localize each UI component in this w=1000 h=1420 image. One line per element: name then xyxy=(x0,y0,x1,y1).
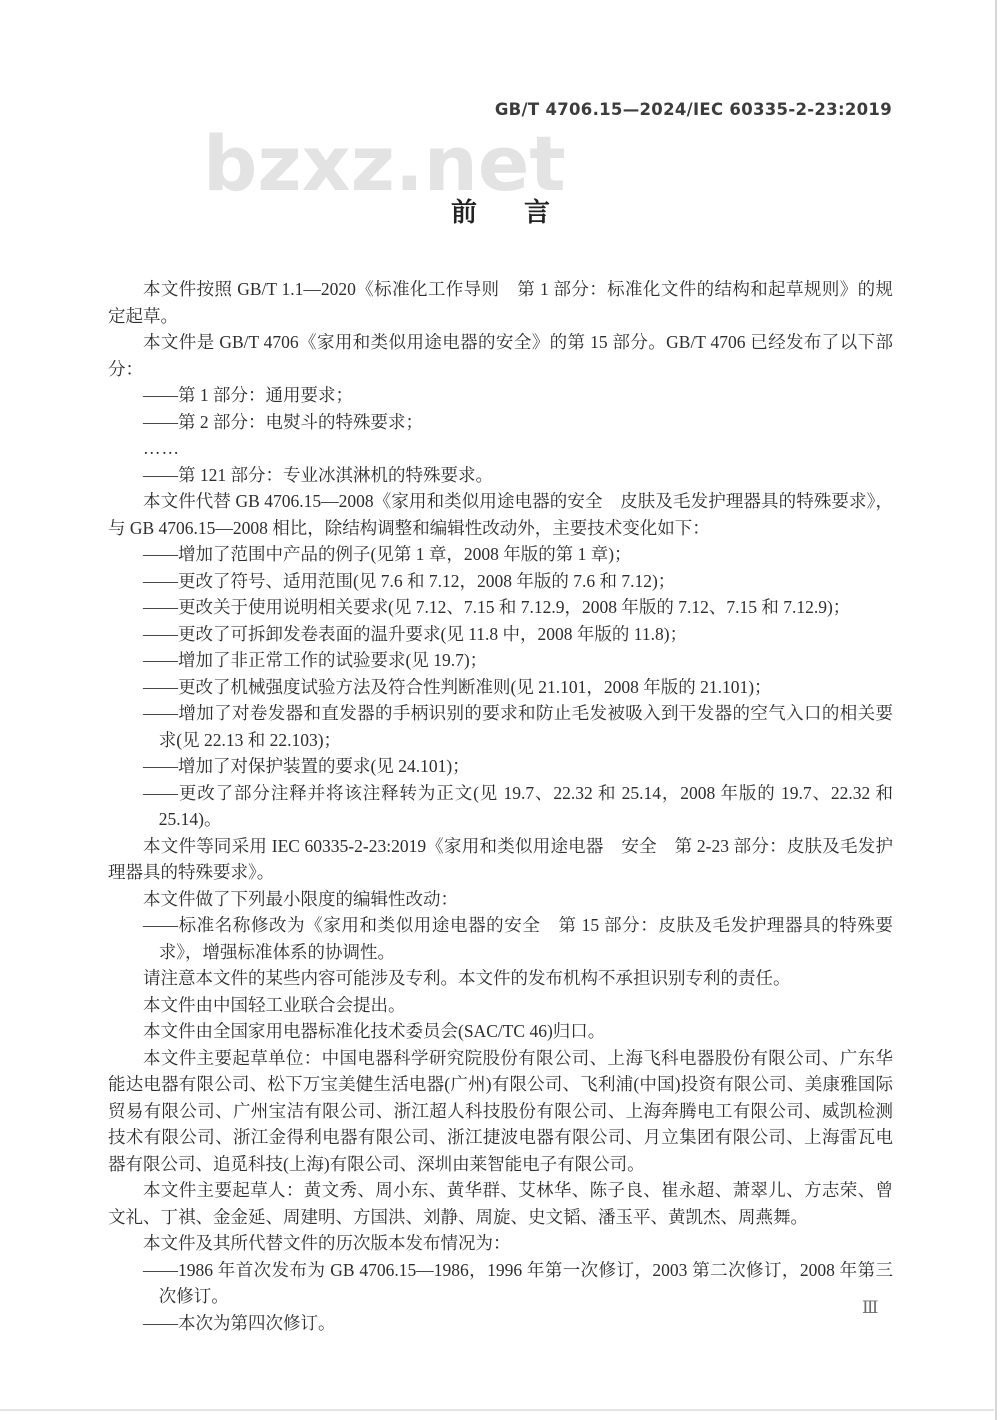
foreword-list-item: ——增加了对保护装置的要求(见 24.101)； xyxy=(108,753,893,780)
scan-page-right-edge xyxy=(995,0,997,1420)
foreword-paragraph: 本文件是 GB/T 4706《家用和类似用途电器的安全》的第 15 部分。GB/… xyxy=(108,329,893,382)
foreword-paragraph: 请注意本文件的某些内容可能涉及专利。本文件的发布机构不承担识别专利的责任。 xyxy=(108,965,893,992)
foreword-list-item: ——本次为第四次修订。 xyxy=(108,1310,893,1337)
foreword-list-item: ——第 121 部分：专业冰淇淋机的特殊要求。 xyxy=(108,462,893,489)
foreword-list-item: ——更改了可拆卸发卷表面的温升要求(见 11.8 中，2008 年版的 11.8… xyxy=(108,621,893,648)
foreword-body: 本文件按照 GB/T 1.1—2020《标准化工作导则 第 1 部分：标准化文件… xyxy=(108,276,893,1336)
foreword-paragraph: 本文件由全国家用电器标准化技术委员会(SAC/TC 46)归口。 xyxy=(108,1018,893,1045)
foreword-list-item: ——更改了部分注释并将该注释转为正文(见 19.7、22.32 和 25.14，… xyxy=(108,780,893,833)
foreword-paragraph: 本文件主要起草人：黄文秀、周小东、黄华群、艾林华、陈子良、崔永超、萧翠儿、方志荣… xyxy=(108,1177,893,1230)
foreword-paragraph: 本文件及其所代替文件的历次版本发布情况为： xyxy=(108,1230,893,1257)
foreword-list-item: ——更改了机械强度试验方法及符合性判断准则(见 21.101，2008 年版的 … xyxy=(108,674,893,701)
page-title-char-right: 言 xyxy=(524,192,550,229)
foreword-paragraph: 本文件由中国轻工业联合会提出。 xyxy=(108,992,893,1019)
standard-code-header: GB/T 4706.15—2024/IEC 60335-2-23:2019 xyxy=(495,100,892,119)
page-title: 前 言 xyxy=(108,192,893,229)
page-title-char-left: 前 xyxy=(451,192,477,229)
foreword-list-item: ——1986 年首次发布为 GB 4706.15—1986，1996 年第一次修… xyxy=(108,1257,893,1310)
foreword-list-item: ——增加了对卷发器和直发器的手柄识别的要求和防止毛发被吸入到干发器的空气入口的相… xyxy=(108,700,893,753)
foreword-paragraph: 本文件主要起草单位：中国电器科学研究院股份有限公司、上海飞科电器股份有限公司、广… xyxy=(108,1045,893,1178)
foreword-list-item: ——第 1 部分：通用要求； xyxy=(108,382,893,409)
foreword-list-item: ——更改关于使用说明相关要求(见 7.12、7.15 和 7.12.9，2008… xyxy=(108,594,893,621)
foreword-list-item: ——增加了非正常工作的试验要求(见 19.7)； xyxy=(108,647,893,674)
foreword-paragraph: 本文件代替 GB 4706.15—2008《家用和类似用途电器的安全 皮肤及毛发… xyxy=(108,488,893,541)
foreword-list-item: ——第 2 部分：电熨斗的特殊要求； xyxy=(108,409,893,436)
watermark: bzxz.net xyxy=(203,126,566,202)
foreword-list-item: ——标准名称修改为《家用和类似用途电器的安全 第 15 部分：皮肤及毛发护理器具… xyxy=(108,912,893,965)
scan-page-bottom-edge xyxy=(0,1409,994,1411)
foreword-list-item: ——增加了范围中产品的例子(见第 1 章，2008 年版的第 1 章)； xyxy=(108,541,893,568)
foreword-paragraph: 本文件按照 GB/T 1.1—2020《标准化工作导则 第 1 部分：标准化文件… xyxy=(108,276,893,329)
foreword-list-item: ——更改了符号、适用范围(见 7.6 和 7.12，2008 年版的 7.6 和… xyxy=(108,568,893,595)
ellipsis-line: …… xyxy=(108,435,893,462)
foreword-paragraph: 本文件等同采用 IEC 60335-2-23:2019《家用和类似用途电器 安全… xyxy=(108,833,893,886)
foreword-paragraph: 本文件做了下列最小限度的编辑性改动： xyxy=(108,886,893,913)
